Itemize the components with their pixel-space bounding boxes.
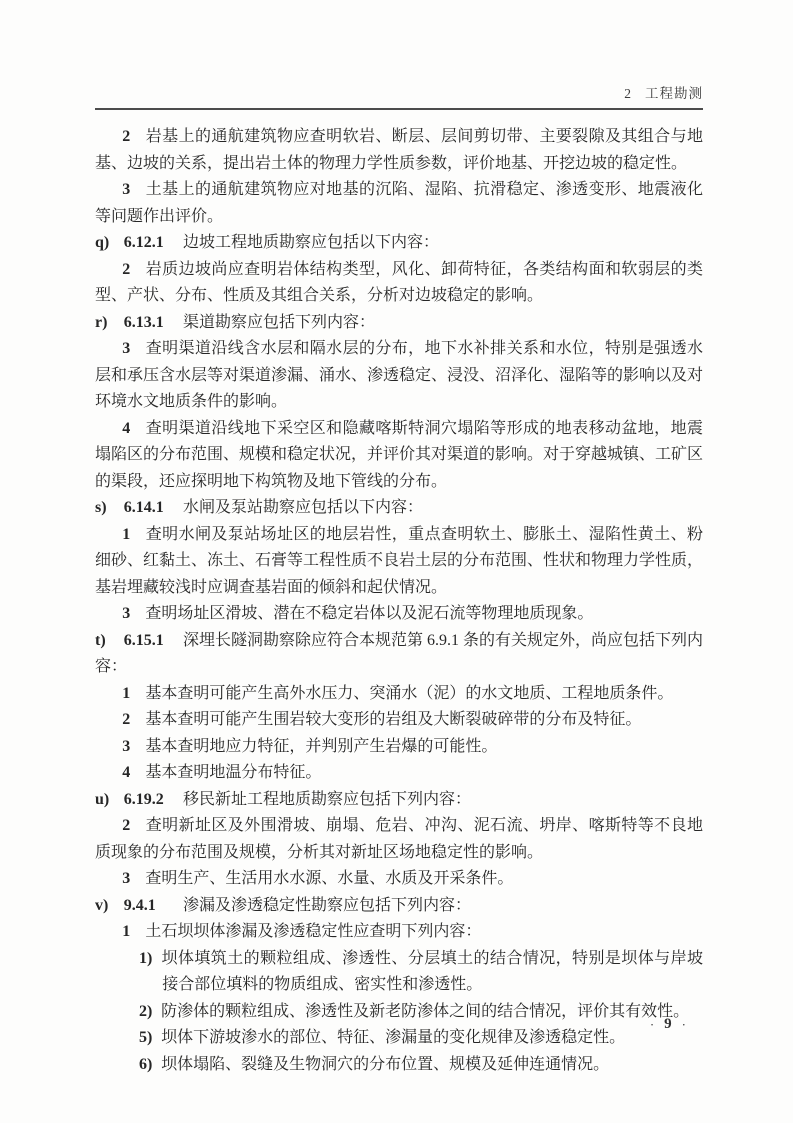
paragraph-text: 土基上的通航建筑物应对地基的沉陷、湿陷、抗滑稳定、渗透变形、地震液化等问题作出评… <box>95 181 703 225</box>
footer-page-number: 9 <box>664 1016 672 1033</box>
paragraph-text: 查明生产、生活用水水源、水量、水质及开采条件。 <box>145 870 513 887</box>
numbered-paragraph: 2岩基上的通航建筑物应查明软岩、断层、层间剪切带、主要裂隙及其组合与地基、边坡的… <box>95 124 703 177</box>
item-label: 2) <box>139 1003 152 1020</box>
numbered-paragraph: 3查明生产、生活用水水源、水量、水质及开采条件。 <box>95 866 703 893</box>
paragraph-text: 岩基上的通航建筑物应查明软岩、断层、层间剪切带、主要裂隙及其组合与地基、边坡的关… <box>95 128 703 172</box>
numbered-paragraph: 4查明渠道沿线地下采空区和隐藏喀斯特洞穴塌陷等形成的地表移动盆地，地震塌陷区的分… <box>95 416 703 496</box>
numbered-paragraph: 3查明渠道沿线含水层和隔水层的分布，地下水补排关系和水位，特别是强透水层和承压含… <box>95 336 703 416</box>
numbered-paragraph: 1查明水闸及泵站场址区的地层岩性，重点查明软土、膨胀土、湿陷性黄土、粉细砂、红黏… <box>95 522 703 602</box>
item-label: 4 <box>122 420 130 437</box>
paragraph-text: 基本查明可能产生围岩较大变形的岩组及大断裂破碎带的分布及特征。 <box>145 711 641 728</box>
document-page: 2 工程勘测 2岩基上的通航建筑物应查明软岩、断层、层间剪切带、主要裂隙及其组合… <box>0 0 793 1123</box>
section-number: 6.13.1 <box>124 310 174 337</box>
item-label: q) <box>95 230 124 257</box>
paragraph-text: 坝体填筑土的颗粒组成、渗透性、分层填土的结合情况，特别是坝体与岸坡接合部位填料的… <box>161 950 703 994</box>
footer-left-dot: · <box>650 1018 654 1031</box>
item-label: 3 <box>122 870 130 887</box>
document-body: 2岩基上的通航建筑物应查明软岩、断层、层间剪切带、主要裂隙及其组合与地基、边坡的… <box>95 124 703 1078</box>
item-label: 1) <box>139 950 152 967</box>
header-chapter-number: 2 <box>624 86 632 102</box>
item-label: u) <box>95 787 124 814</box>
sub-item-paragraph: 6)坝体塌陷、裂缝及生物洞穴的分布位置、规模及延伸连通情况。 <box>95 1052 703 1079</box>
paragraph-text: 坝体塌陷、裂缝及生物洞穴的分布位置、规模及延伸连通情况。 <box>161 1056 609 1073</box>
clause-paragraph: v)9.4.1渗漏及渗透稳定性勘察应包括下列内容： <box>95 893 703 920</box>
paragraph-text: 查明渠道沿线地下采空区和隐藏喀斯特洞穴塌陷等形成的地表移动盆地，地震塌陷区的分布… <box>95 420 703 490</box>
item-label: 2 <box>122 711 130 728</box>
paragraph-text: 土石坝坝体渗漏及渗透稳定性应查明下列内容： <box>145 923 481 940</box>
clause-paragraph: u)6.19.2移民新址工程地质勘察应包括下列内容： <box>95 787 703 814</box>
sub-item-paragraph: 1)坝体填筑土的颗粒组成、渗透性、分层填土的结合情况，特别是坝体与岸坡接合部位填… <box>95 946 703 999</box>
paragraph-text: 边坡工程地质勘察应包括以下内容： <box>183 234 439 251</box>
header-rule <box>95 108 703 110</box>
item-label: 2 <box>122 817 130 834</box>
item-label: 6) <box>139 1056 152 1073</box>
item-label: t) <box>95 628 124 655</box>
item-label: 2 <box>122 128 130 145</box>
paragraph-text: 深埋长隧洞勘察除应符合本规范第 6.9.1 条的有关规定外，尚应包括下列内容： <box>95 632 703 676</box>
paragraph-text: 查明渠道沿线含水层和隔水层的分布，地下水补排关系和水位，特别是强透水层和承压含水… <box>95 340 703 410</box>
paragraph-text: 移民新址工程地质勘察应包括下列内容： <box>183 791 471 808</box>
running-header: 2 工程勘测 <box>95 82 703 108</box>
item-label: 1 <box>122 526 130 543</box>
paragraph-text: 查明水闸及泵站场址区的地层岩性，重点查明软土、膨胀土、湿陷性黄土、粉细砂、红黏土… <box>95 526 703 596</box>
paragraph-text: 查明新址区及外围滑坡、崩塌、危岩、冲沟、泥石流、坍岸、喀斯特等不良地质现象的分布… <box>95 817 703 861</box>
clause-paragraph: t)6.15.1深埋长隧洞勘察除应符合本规范第 6.9.1 条的有关规定外，尚应… <box>95 628 703 681</box>
numbered-paragraph: 2基本查明可能产生围岩较大变形的岩组及大断裂破碎带的分布及特征。 <box>95 707 703 734</box>
item-label: 5) <box>139 1029 152 1046</box>
footer-right-dot: · <box>682 1018 686 1031</box>
item-label: 1 <box>122 923 130 940</box>
clause-paragraph: r)6.13.1渠道勘察应包括下列内容： <box>95 310 703 337</box>
header-chapter-title: 工程勘测 <box>645 82 703 102</box>
item-label: s) <box>95 495 124 522</box>
paragraph-text: 基本查明地应力特征，并判别产生岩爆的可能性。 <box>145 738 497 755</box>
numbered-paragraph: 1基本查明可能产生高外水压力、突涌水（泥）的水文地质、工程地质条件。 <box>95 681 703 708</box>
item-label: 3 <box>122 738 130 755</box>
paragraph-text: 水闸及泵站勘察应包括以下内容： <box>183 499 423 516</box>
section-number: 6.12.1 <box>124 230 174 257</box>
paragraph-text: 防渗体的颗粒组成、渗透性及新老防渗体之间的结合情况，评价其有效性。 <box>161 1003 689 1020</box>
paragraph-text: 基本查明地温分布特征。 <box>145 764 321 781</box>
numbered-paragraph: 3基本查明地应力特征，并判别产生岩爆的可能性。 <box>95 734 703 761</box>
item-label: v) <box>95 893 124 920</box>
paragraph-text: 岩质边坡尚应查明岩体结构类型，风化、卸荷特征，各类结构面和软弱层的类型、产状、分… <box>95 261 703 305</box>
section-number: 9.4.1 <box>124 893 174 920</box>
paragraph-text: 渠道勘察应包括下列内容： <box>183 314 375 331</box>
paragraph-text: 渗漏及渗透稳定性勘察应包括下列内容： <box>183 897 471 914</box>
page-number-footer: · 9 · <box>650 1016 686 1033</box>
sub-item-paragraph: 2)防渗体的颗粒组成、渗透性及新老防渗体之间的结合情况，评价其有效性。 <box>95 999 703 1026</box>
numbered-paragraph: 2查明新址区及外围滑坡、崩塌、危岩、冲沟、泥石流、坍岸、喀斯特等不良地质现象的分… <box>95 813 703 866</box>
numbered-paragraph: 3查明场址区滑坡、潜在不稳定岩体以及泥石流等物理地质现象。 <box>95 601 703 628</box>
section-number: 6.14.1 <box>124 495 174 522</box>
section-number: 6.19.2 <box>124 787 174 814</box>
paragraph-text: 基本查明可能产生高外水压力、突涌水（泥）的水文地质、工程地质条件。 <box>145 685 673 702</box>
numbered-paragraph: 1土石坝坝体渗漏及渗透稳定性应查明下列内容： <box>95 919 703 946</box>
item-label: 1 <box>122 685 130 702</box>
section-number: 6.15.1 <box>124 628 174 655</box>
item-label: 3 <box>122 181 130 198</box>
numbered-paragraph: 3土基上的通航建筑物应对地基的沉陷、湿陷、抗滑稳定、渗透变形、地震液化等问题作出… <box>95 177 703 230</box>
clause-paragraph: q)6.12.1边坡工程地质勘察应包括以下内容： <box>95 230 703 257</box>
paragraph-text: 坝体下游坡渗水的部位、特征、渗漏量的变化规律及渗透稳定性。 <box>161 1029 625 1046</box>
clause-paragraph: s)6.14.1水闸及泵站勘察应包括以下内容： <box>95 495 703 522</box>
numbered-paragraph: 2岩质边坡尚应查明岩体结构类型，风化、卸荷特征，各类结构面和软弱层的类型、产状、… <box>95 257 703 310</box>
numbered-paragraph: 4基本查明地温分布特征。 <box>95 760 703 787</box>
item-label: r) <box>95 310 124 337</box>
page-content: 2 工程勘测 2岩基上的通航建筑物应查明软岩、断层、层间剪切带、主要裂隙及其组合… <box>95 82 703 1078</box>
paragraph-text: 查明场址区滑坡、潜在不稳定岩体以及泥石流等物理地质现象。 <box>145 605 593 622</box>
item-label: 3 <box>122 605 130 622</box>
sub-item-paragraph: 5)坝体下游坡渗水的部位、特征、渗漏量的变化规律及渗透稳定性。 <box>95 1025 703 1052</box>
item-label: 4 <box>122 764 130 781</box>
item-label: 2 <box>122 261 130 278</box>
item-label: 3 <box>122 340 130 357</box>
